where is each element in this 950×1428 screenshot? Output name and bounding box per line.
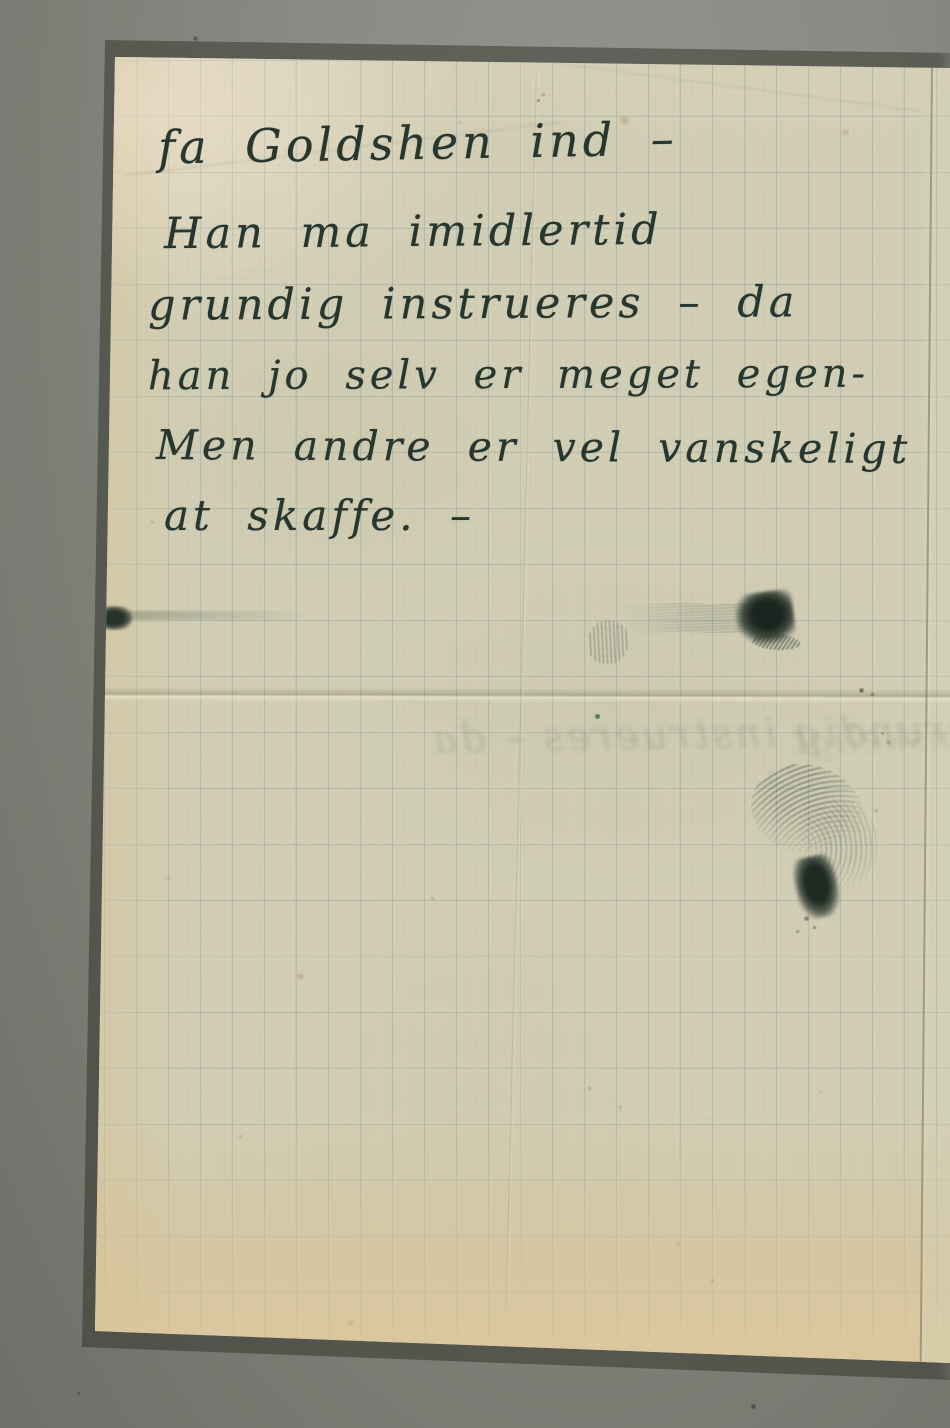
handwriting-line-4: han jo selv er meget egen- [148,351,869,400]
aged-bottom-edge [95,1110,950,1363]
handwriting-line-1: fa Goldshen ind – [158,111,679,174]
ink-smudge-streaks [626,603,746,633]
handwriting-line-2: Han ma imidlertid [164,205,663,259]
handwriting-line-3: grundig instrueres – da [148,277,799,330]
photograph-of-letter: { "document": { "kind": "handwritten-not… [0,0,950,1428]
letter-sheet: grundig instrueres – da Men andre er vel… [0,0,950,1428]
handwriting-line-5: Men andre er vel vanskeligt [156,421,911,473]
background-specks [0,0,1,1]
green-ink-dot [595,714,600,719]
handwriting-line-6: at skaffe. – [164,491,475,540]
ink-blob-smear [126,611,306,620]
